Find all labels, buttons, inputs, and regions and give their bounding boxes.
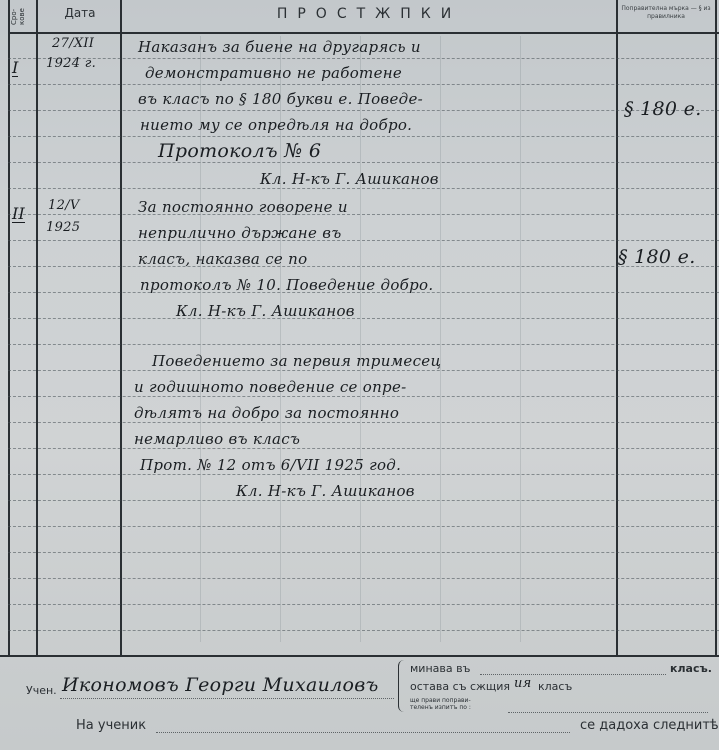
table-header: Сро-кове Дата ПРОСТЖПКИ Поправителна мър… [0,0,719,34]
student-label: Учен. [26,684,57,697]
ruled-line [8,448,719,449]
stays-label: остава съ сжщия [410,680,510,693]
date-column-rule [120,0,122,655]
entry-text-line: Поведението за первия тримесец [152,352,441,370]
teacher-signature: Кл. Н-къ Г. Ашиканов [236,482,415,500]
stays-field[interactable]: ия [514,676,532,691]
entry-text-line: класъ, наказва се по [138,250,307,268]
entry-text-line: немарливо въ класъ [134,430,300,448]
given-label: се дадоха следнитѣ [580,718,719,733]
form-rule [0,655,719,657]
ruled-line [8,552,719,553]
teacher-signature: Кл. Н-къ Г. Ашиканов [176,302,355,320]
ruled-line [8,396,719,397]
entry-date: 12/V [48,198,80,213]
ruled-line [8,500,719,501]
makeup-exam-field[interactable] [508,712,708,713]
ruled-line [8,188,719,189]
class-label: класъ. [670,662,712,675]
class-label-2: класъ [538,680,572,693]
grade-column-rule [616,0,618,655]
ruled-line [8,474,719,475]
ruled-line [8,240,719,241]
ruled-line [8,526,719,527]
ruled-line [8,578,719,579]
date-header: Дата [40,6,120,20]
left-border [8,0,10,655]
ruled-line [8,630,719,631]
header-rule [8,32,719,34]
ruled-line [8,344,719,345]
offenses-header: ПРОСТЖПКИ [122,6,616,22]
entry-date-year: 1925 [46,220,80,235]
entry-grade: § 180 е. [624,98,702,120]
makeup-label-2: теленъ изпитъ по : [410,704,471,711]
entry-text-line: Наказанъ за биене на другарясь и [138,38,421,56]
ruled-line [8,214,719,215]
ruled-line [8,58,719,59]
passes-label: минава въ [410,662,470,675]
entry-term: I [12,60,18,77]
ruled-line [8,370,719,371]
student-name-underline [60,698,394,699]
ruled-line [8,604,719,605]
teacher-signature: Кл. Н-къ Г. Ашиканов [260,170,439,188]
protocol-ref: Протоколъ № 6 [158,140,321,162]
entry-text-line: протоколъ № 10. Поведение добро. [140,276,433,294]
entry-text-line: За постоянно говорене и [138,198,348,216]
entry-text-line: дѣлятъ на добро за постоянно [134,404,399,422]
ruled-line [8,422,719,423]
entry-text-line: демонстративно не работене [145,64,402,82]
student-name-field[interactable]: Икономовъ Георги Михаиловъ [62,674,379,696]
term-column-rule [36,0,38,655]
entry-text-line: неприлично държане въ [138,224,342,242]
entry-grade: § 180 е. [618,246,696,268]
brace [398,660,405,712]
makeup-label: ще прави поправи- [410,697,471,704]
entry-text-line: Прот. № 12 отъ 6/VII 1925 год. [140,456,401,474]
ruled-line [8,318,719,319]
entry-term: II [12,206,25,223]
ruled-line [8,110,719,111]
ledger-page: Сро-кове Дата ПРОСТЖПКИ Поправителна мър… [0,0,719,750]
passes-field[interactable] [480,674,666,675]
ruled-line [8,162,719,163]
grade-header: Поправителна мърка — § из правилника [618,5,714,21]
entry-text-line: въ класъ по § 180 букви е. Поведе- [138,90,423,108]
ruled-line [8,266,719,267]
entry-date: 27/XII [52,36,94,51]
entry-text-line: нието му се опредѣля на добро. [140,116,412,134]
entry-text-line: и годишното поведение се опре- [134,378,407,396]
right-border [715,0,717,655]
to-student-label: На ученик [76,718,146,733]
ruled-line [8,84,719,85]
ruled-line [8,136,719,137]
to-student-field[interactable] [156,732,570,733]
entry-date-year: 1924 г. [46,56,96,71]
term-header: Сро-кове [10,2,36,32]
